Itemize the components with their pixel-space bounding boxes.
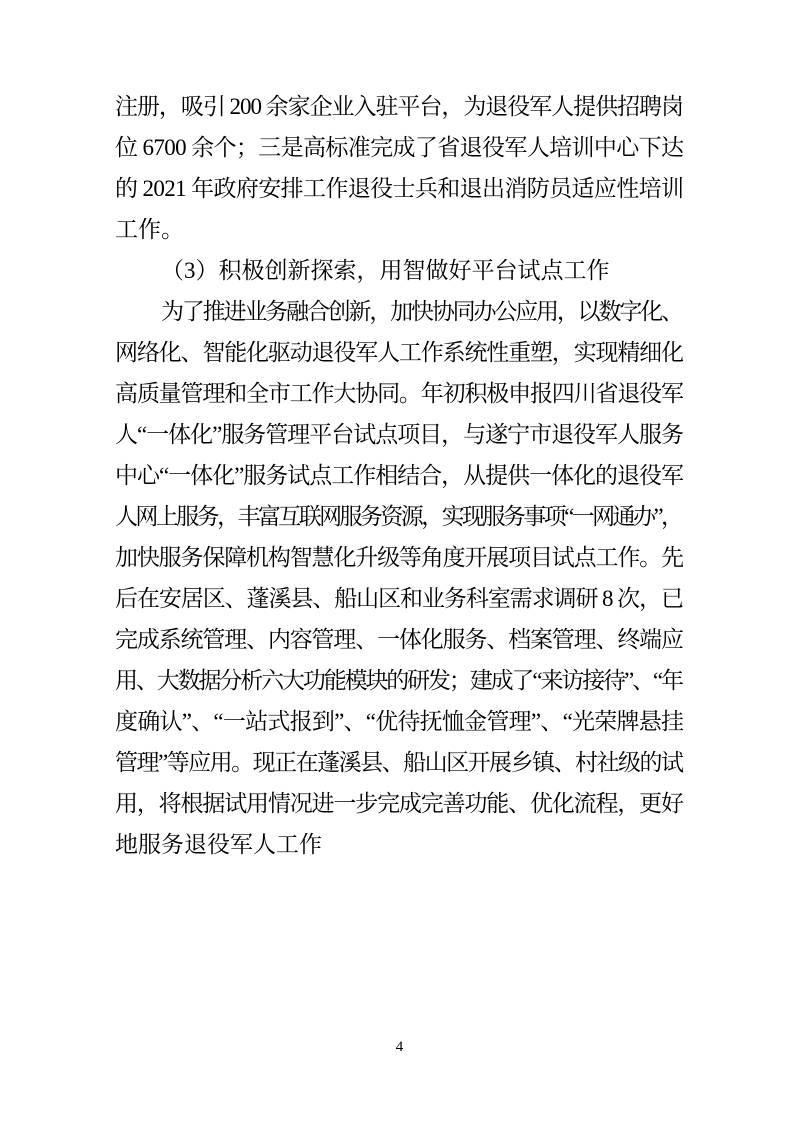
text-line: 完成系统管理、内容管理、一体化服务、档案管理、终端应 xyxy=(115,619,684,660)
text-line: 工作。 xyxy=(115,209,684,250)
text-line: 注册，吸引 200 余家企业入驻平台，为退役军人提供招聘岗 xyxy=(115,86,684,127)
text-line: 后在安居区、蓬溪县、船山区和业务科室需求调研 8 次，已 xyxy=(115,578,684,619)
text-line: 加快服务保障机构智慧化升级等角度开展项目试点工作。先 xyxy=(115,537,684,578)
document-body: 注册，吸引 200 余家企业入驻平台，为退役军人提供招聘岗位 6700 余个；三… xyxy=(115,86,684,865)
subheading-item-3: （3）积极创新探索，用智做好平台试点工作 xyxy=(115,250,684,291)
page-number: 4 xyxy=(115,1036,684,1058)
text-line: 高质量管理和全市工作大协同。年初积极申报四川省退役军 xyxy=(115,373,684,414)
text-line: 地服务退役军人工作 xyxy=(115,824,684,865)
paragraph-continuation: 注册，吸引 200 余家企业入驻平台，为退役军人提供招聘岗位 6700 余个；三… xyxy=(115,86,684,250)
text-line: 用，将根据试用情况进一步完成完善功能、优化流程，更好 xyxy=(115,783,684,824)
text-line: 度确认”、“一站式报到”、“优待抚恤金管理”、“光荣牌悬挂 xyxy=(115,701,684,742)
paragraph-body: 为了推进业务融合创新，加快协同办公应用，以数字化、网络化、智能化驱动退役军人工作… xyxy=(115,291,684,865)
text-line: 为了推进业务融合创新，加快协同办公应用，以数字化、 xyxy=(115,291,684,332)
text-line: 网络化、智能化驱动退役军人工作系统性重塑，实现精细化 xyxy=(115,332,684,373)
text-line: 人网上服务，丰富互联网服务资源，实现服务事项“一网通办”， xyxy=(115,496,684,537)
text-line: （3）积极创新探索，用智做好平台试点工作 xyxy=(115,250,684,291)
text-line: 用、大数据分析六大功能模块的研发；建成了“来访接待”、“年 xyxy=(115,660,684,701)
text-line: 人“一体化”服务管理平台试点项目，与遂宁市退役军人服务 xyxy=(115,414,684,455)
text-line: 管理”等应用。现正在蓬溪县、船山区开展乡镇、村社级的试 xyxy=(115,742,684,783)
text-line: 的 2021 年政府安排工作退役士兵和退出消防员适应性培训 xyxy=(115,168,684,209)
text-line: 位 6700 余个；三是高标准完成了省退役军人培训中心下达 xyxy=(115,127,684,168)
document-page: 注册，吸引 200 余家企业入驻平台，为退役军人提供招聘岗位 6700 余个；三… xyxy=(0,0,793,1122)
text-line: 中心“一体化”服务试点工作相结合，从提供一体化的退役军 xyxy=(115,455,684,496)
